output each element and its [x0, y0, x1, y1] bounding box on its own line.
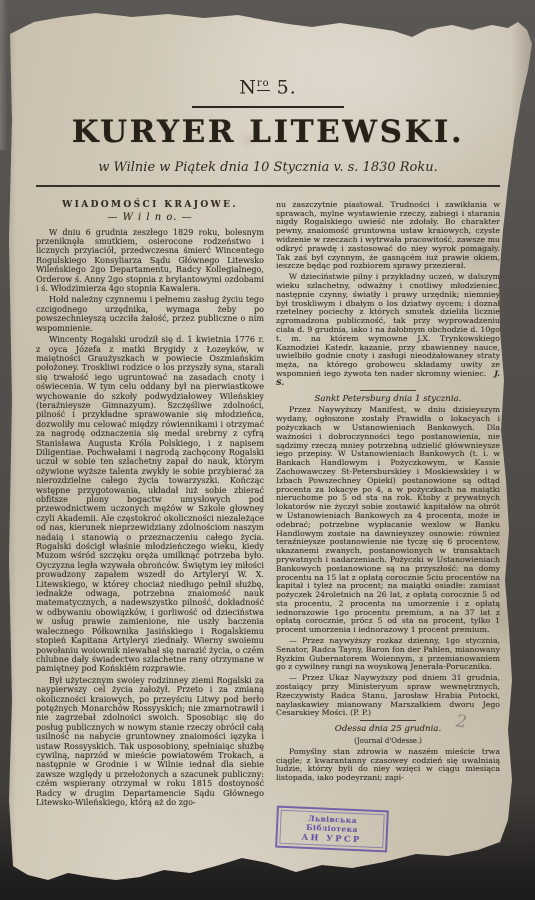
newspaper-page: Nro 5. KURYER LITEWSKI. w Wilnie w Piąte…: [0, 0, 535, 900]
issue-superscript: ro: [257, 78, 270, 91]
library-stamp-border: Львівська Бібліотека АН УРСР: [279, 810, 384, 849]
petersburg-section-heading: Sankt Petersburg dnia 1 stycznia.: [276, 395, 500, 404]
article-paragraph: W dzieciństwie pilny i przykładny uczeń,…: [276, 273, 500, 387]
handwritten-page-number: 2: [455, 711, 468, 732]
article-paragraph: Przez Naywyższy Manifest, w dniu dzisiey…: [276, 406, 500, 635]
issue-number: Nro 5.: [36, 74, 500, 97]
issue-n: N: [239, 76, 257, 98]
binding-spine-edge: [0, 0, 7, 150]
article-paragraph: Wincenty Rogalski urodził się d. 1 kwiet…: [36, 335, 264, 674]
dateline: w Wilnie w Piątek dnia 10 Stycznia v. s.…: [36, 160, 500, 175]
article-paragraph-continuation: nu zaszczytnie piastował. Trudności i za…: [276, 201, 500, 271]
wilno-subheading: — W i l n o. —: [36, 213, 264, 222]
article-paragraph: Pomyślny stan zdrowia w naszém mieście t…: [276, 748, 500, 783]
section-divider-rule: [360, 720, 416, 721]
section-divider-rule: [360, 390, 416, 391]
scanned-newspaper-photo: Nro 5. KURYER LITEWSKI. w Wilnie w Piąte…: [0, 0, 535, 900]
left-column: WIADOMOŚCI KRAJOWE. — W i l n o. — W dni…: [36, 201, 264, 810]
article-paragraph: Hołd należny czynnemu i pełnemu zasług ż…: [36, 295, 264, 333]
issue-num: 5.: [270, 76, 297, 98]
issue-rule: [192, 106, 344, 108]
masthead-title: KURYER LITEWSKI.: [36, 114, 500, 150]
odessa-source-caption: (Journal d'Odesse.): [276, 737, 500, 746]
article-columns: WIADOMOŚCI KRAJOWE. — W i l n o. — W dni…: [36, 201, 500, 810]
article-paragraph: — Przez naywyższy rozkaz dzienny, 1go st…: [276, 637, 500, 672]
library-stamp: Львівська Бібліотека АН УРСР: [275, 806, 389, 853]
article-paragraph: W dniu 6 grudnia zeszłego 1829 roku, bol…: [36, 228, 264, 294]
news-section-heading: WIADOMOŚCI KRAJOWE.: [36, 201, 264, 210]
page-content: Nro 5. KURYER LITEWSKI. w Wilnie w Piąte…: [36, 60, 500, 809]
header-rule: [36, 185, 500, 187]
obituary-closing-text: W dzieciństwie pilny i przykładny uczeń,…: [276, 272, 500, 378]
article-paragraph: Był użytecznym swoiey rodzinney ziemi Ro…: [36, 676, 264, 808]
